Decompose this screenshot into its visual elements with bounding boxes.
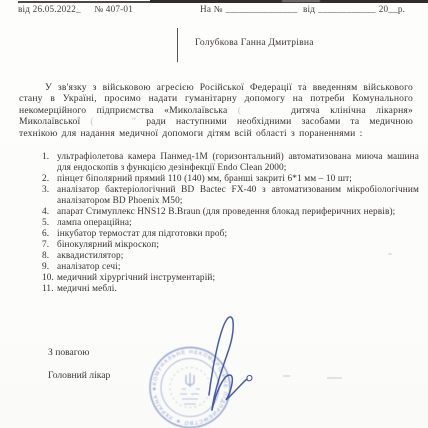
signature (195, 312, 370, 417)
list-item-number: 10. (42, 273, 54, 284)
list-item-number: 7. (42, 240, 49, 251)
list-item: 7.бінокулярний мікроскоп; (42, 240, 419, 251)
list-item: 4.апарат Стимуплекс HNS12 B.Braun (для п… (42, 207, 419, 218)
stamp-emblem-trident (186, 373, 194, 387)
list-item-number: 1. (42, 152, 49, 163)
list-item-number: 2. (42, 174, 49, 185)
requested-items-list: 1.ультрафіолетова камера Панмед-1М (гори… (42, 152, 419, 295)
body-paragraph: У зв'язку з військовою агресією Російськ… (19, 82, 413, 139)
signature-bump-stroke (212, 375, 247, 410)
incoming-year: 20__р. (379, 4, 405, 14)
list-item: 6.інкубатор термостат для підготовки про… (42, 229, 419, 240)
scanned-letter-page: від 26.05.2022_ № 407-01 На №___________… (0, 0, 428, 428)
addressee-name: Голубкова Ганна Дмитрівна (195, 37, 314, 48)
list-item: 1.ультрафіолетова камера Панмед-1М (гори… (42, 152, 419, 174)
list-item-number: 6. (42, 229, 49, 240)
incoming-from-blank: ____________ (318, 4, 376, 14)
list-item-text: аналізатор бактеріологічний BD Bactec FX… (57, 185, 419, 206)
list-item-text: пінцет біполярний прямий 110 (140) мм, б… (57, 174, 352, 184)
signature-o-flourish (247, 375, 252, 380)
list-item-text: ультрафіолетова камера Панмед-1М (горизо… (57, 152, 419, 173)
incoming-ref-blank: _______________ (226, 4, 298, 14)
closing-regards: З повагою (48, 347, 89, 358)
list-item: 5.лампа операційна; (42, 218, 419, 229)
list-item-text: аквадистилятор; (57, 251, 123, 261)
redaction-mark: ” (132, 116, 136, 127)
addressee-vertical-bar (177, 28, 178, 62)
outgoing-reference: від 26.05.2022_ № 407-01 (18, 4, 133, 14)
list-item-text: інкубатор термостат для підготовки проб; (57, 229, 227, 239)
list-item-text: лампа операційна; (57, 218, 132, 228)
list-item-text: медичні меблі. (57, 284, 117, 294)
cropped-text-remnant (282, 0, 320, 2)
list-item-text: апарат Стимуплекс HNS12 B.Braun (для про… (57, 207, 395, 217)
list-item: 11.медичні меблі. (42, 284, 419, 295)
outgoing-date: від 26.05.2022_ (18, 4, 81, 14)
list-item: 8.аквадистилятор; (42, 251, 419, 262)
list-item: 3.аналізатор бактеріологічний BD Bactec … (42, 185, 419, 207)
list-item-text: аналізатор сечі; (57, 262, 121, 272)
outgoing-number: № 407-01 (94, 4, 133, 14)
list-item: 10.медичний хірургічний інструментарій; (42, 273, 419, 284)
redaction-mark: ( (238, 105, 241, 116)
incoming-reference: На №_______________ від____________20__р… (200, 4, 408, 14)
list-item-number: 5. (42, 218, 49, 229)
list-item: 2.пінцет біполярний прямий 110 (140) мм,… (42, 174, 419, 185)
list-item: 9.аналізатор сечі; (42, 262, 419, 273)
list-item-number: 4. (42, 207, 49, 218)
list-item-text: медичний хірургічний інструментарій; (57, 273, 215, 283)
redaction-mark: ( (90, 116, 93, 127)
signer-title: Головний лікар (48, 370, 110, 381)
list-item-text: бінокулярний мікроскоп; (57, 240, 159, 250)
faded-name-smudge (283, 376, 342, 378)
list-item-number: 9. (42, 262, 49, 273)
list-item-number: 3. (42, 185, 49, 196)
list-item-number: 11. (42, 284, 54, 295)
scan-speck (388, 253, 392, 255)
incoming-from-label: від (303, 4, 315, 14)
list-item-number: 8. (42, 251, 49, 262)
incoming-ref-label: На № (200, 4, 223, 14)
